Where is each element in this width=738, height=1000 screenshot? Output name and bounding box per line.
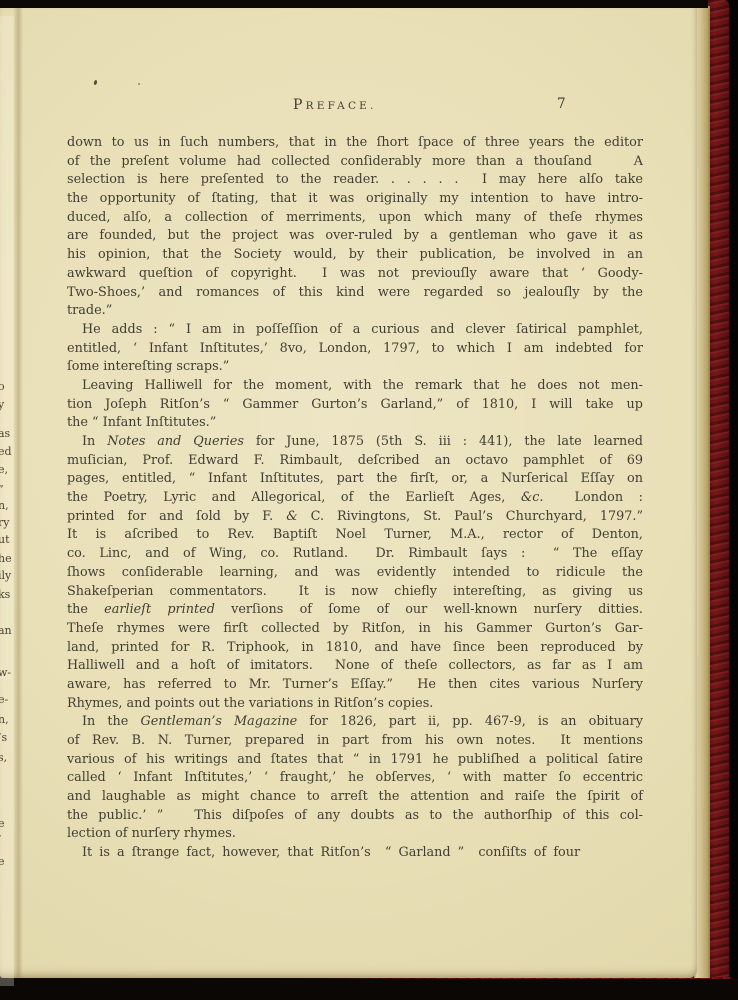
text-segment: his opinion, that the Society would, by … xyxy=(67,247,643,262)
text-segment: Shakeſperian commentators. It is now chi… xyxy=(67,584,643,599)
text-line: Theſe rhymes were firſt collected by Rit… xyxy=(67,620,643,639)
text-segment: It is a ſtrange fact, however, that Ritſ… xyxy=(82,845,580,860)
text-line: tion Joſeph Ritſon’s “ Gammer Gurton’s G… xyxy=(67,396,643,415)
margin-fragment: e, xyxy=(0,463,13,476)
text-line: Leaving Halliwell for the moment, with t… xyxy=(67,377,643,396)
margin-fragment: he xyxy=(0,552,13,565)
text-segment: the “ Infant Inſtitutes.” xyxy=(67,415,216,430)
text-segment: of the preſent volume had collected conſ… xyxy=(67,154,643,169)
book-scan-photo: PREFACE. 7 down to us in ſuch numbers, t… xyxy=(0,0,738,1000)
margin-fragment: e xyxy=(0,855,13,868)
text-line: his opinion, that the Society would, by … xyxy=(67,246,643,265)
text-line: lection of nurſery rhymes. xyxy=(67,825,643,844)
text-segment: various of his writings and ſtates that … xyxy=(67,752,643,767)
text-line: muſician, Prof. Edward F. Rimbault, deſc… xyxy=(67,452,643,471)
margin-fragment: ut xyxy=(0,533,13,546)
text-segment: printed for and ſold by F. xyxy=(67,509,286,524)
text-segment: land, printed for R. Triphook, in 1810, … xyxy=(67,640,643,655)
margin-fragment: ” xyxy=(0,483,13,496)
italic-text: &c. xyxy=(521,490,544,505)
margin-fragment: ’ xyxy=(0,833,13,846)
margin-fragment: y xyxy=(0,398,13,411)
text-line: entitled, ‘ Infant Inſtitutes,’ 8vo, Lon… xyxy=(67,340,643,359)
text-segment: In the xyxy=(82,714,140,729)
text-line: the earlieſt printed verſions of ſome of… xyxy=(67,601,643,620)
margin-fragment: n, xyxy=(0,499,13,512)
text-line: Halliwell and a hoſt of imitators. None … xyxy=(67,657,643,676)
header-initial: P xyxy=(293,97,306,113)
text-segment: of Rev. B. N. Turner, prepared in part f… xyxy=(67,733,643,748)
margin-fragment: ed xyxy=(0,445,13,458)
margin-fragment: o xyxy=(0,380,13,393)
ink-speck xyxy=(138,83,140,85)
text-line: It is aſcribed to Rev. Baptiſt Noel Turn… xyxy=(67,526,643,545)
margin-fragment: n, xyxy=(0,713,13,726)
text-segment: the opportunity of ſtating, that it was … xyxy=(67,191,643,206)
text-segment: lection of nurſery rhymes. xyxy=(67,826,236,841)
text-segment: the xyxy=(67,602,104,617)
text-line: land, printed for R. Triphook, in 1810, … xyxy=(67,639,643,658)
text-segment: It is aſcribed to Rev. Baptiſt Noel Turn… xyxy=(67,527,643,542)
text-segment: Halliwell and a hoſt of imitators. None … xyxy=(67,658,643,673)
text-line: down to us in ſuch numbers, that in the … xyxy=(67,134,643,153)
text-line: the Poetry, Lyric and Allegorical, of th… xyxy=(67,489,643,508)
text-line: the public.’ ” This diſpoſes of any doub… xyxy=(67,807,643,826)
scan-background-bottom xyxy=(0,979,738,1000)
margin-fragment: e xyxy=(0,817,13,830)
text-line: ſome intereſting scraps.” xyxy=(67,358,643,377)
margin-fragment: s, xyxy=(0,751,13,764)
text-line: trade.” xyxy=(67,302,643,321)
text-segment: duced, alſo, a collection of merriments,… xyxy=(67,210,643,225)
margin-fragment: ks xyxy=(0,588,13,601)
text-segment: London : xyxy=(543,490,643,505)
text-segment: for 1826, part ii, pp. 467-9, is an obit… xyxy=(297,714,643,729)
text-line: the “ Infant Inſtitutes.” xyxy=(67,414,643,433)
text-line: called ‘ Infant Inſtitutes,’ ‘ fraught,’… xyxy=(67,769,643,788)
header-rest: REFACE. xyxy=(306,100,377,112)
text-segment: down to us in ſuch numbers, that in the … xyxy=(67,135,643,150)
text-segment: verſions of ſome of our well-known nurſe… xyxy=(215,602,643,617)
text-line: selection is here preſented to the reade… xyxy=(67,171,643,190)
text-segment: the Poetry, Lyric and Allegorical, of th… xyxy=(67,490,521,505)
margin-fragment: as xyxy=(0,427,13,440)
text-segment: and laughable as might chance to arreſt … xyxy=(67,789,643,804)
text-line: duced, alſo, a collection of merriments,… xyxy=(67,209,643,228)
margin-fragment: ily xyxy=(0,569,13,582)
margin-fragment: w- xyxy=(0,666,13,679)
text-line: Shakeſperian commentators. It is now chi… xyxy=(67,583,643,602)
text-line: He adds : “ I am in poſſeſſion of a curi… xyxy=(67,321,643,340)
text-line: of Rev. B. N. Turner, prepared in part f… xyxy=(67,732,643,751)
scan-background-top xyxy=(0,0,708,8)
text-segment: called ‘ Infant Inſtitutes,’ ‘ fraught,’… xyxy=(67,770,643,785)
text-line: co. Linc, and of Wing, co. Rutland. Dr. … xyxy=(67,545,643,564)
margin-fragment: an xyxy=(0,624,13,637)
text-line: pages, entitled, “ Infant Inſtitutes, pa… xyxy=(67,470,643,489)
text-line: Two-Shoes,’ and romances of this kind we… xyxy=(67,284,643,303)
text-line: and laughable as might chance to arreſt … xyxy=(67,788,643,807)
text-segment: are founded, but the project was over-ru… xyxy=(67,228,643,243)
margin-fragment: ’s xyxy=(0,731,13,744)
text-segment: the public.’ ” This diſpoſes of any doub… xyxy=(67,808,643,823)
italic-text: & xyxy=(286,509,297,524)
text-segment: awkward queſtion of copyright. I was not… xyxy=(67,266,643,281)
text-line: various of his writings and ſtates that … xyxy=(67,751,643,770)
text-line: ſhows conſiderable learning, and was evi… xyxy=(67,564,643,583)
text-segment: trade.” xyxy=(67,303,112,318)
page-number: 7 xyxy=(557,96,566,112)
text-segment: for June, 1875 (5th S. iii : 441), the l… xyxy=(244,434,643,449)
text-segment: C. Rivingtons, St. Paul’s Churchyard, 17… xyxy=(298,509,643,524)
page-header-title: PREFACE. xyxy=(293,97,377,113)
margin-fragment: ry xyxy=(0,516,13,529)
page-gutter-crease xyxy=(13,8,23,978)
text-line: printed for and ſold by F. & C. Rivingto… xyxy=(67,508,643,527)
italic-text: Gentleman’s Magazine xyxy=(140,714,297,729)
text-segment: tion Joſeph Ritſon’s “ Gammer Gurton’s G… xyxy=(67,397,643,412)
text-segment: ſome intereſting scraps.” xyxy=(67,359,229,374)
text-line: In Notes and Queries for June, 1875 (5th… xyxy=(67,433,643,452)
text-block: down to us in ſuch numbers, that in the … xyxy=(67,134,643,863)
scan-background-right xyxy=(728,0,738,1000)
text-line: awkward queſtion of copyright. I was not… xyxy=(67,265,643,284)
text-segment: Theſe rhymes were firſt collected by Rit… xyxy=(67,621,643,636)
text-segment: Leaving Halliwell for the moment, with t… xyxy=(82,378,643,393)
margin-fragment: e- xyxy=(0,693,13,706)
text-segment: entitled, ‘ Infant Inſtitutes,’ 8vo, Lon… xyxy=(67,341,643,356)
text-line: of the preſent volume had collected conſ… xyxy=(67,153,643,172)
text-line: the opportunity of ſtating, that it was … xyxy=(67,190,643,209)
text-segment: Two-Shoes,’ and romances of this kind we… xyxy=(67,285,643,300)
text-line: aware, has referred to Mr. Turner’s Eſſa… xyxy=(67,676,643,695)
italic-text: earlieſt printed xyxy=(104,602,215,617)
text-line: are founded, but the project was over-ru… xyxy=(67,227,643,246)
text-segment: Rhymes, and points out the variations in… xyxy=(67,696,433,711)
text-segment: selection is here preſented to the reade… xyxy=(67,172,643,187)
book-cover-edge-right xyxy=(708,0,729,994)
text-line: It is a ſtrange fact, however, that Ritſ… xyxy=(67,844,643,863)
text-segment: aware, has referred to Mr. Turner’s Eſſa… xyxy=(67,677,643,692)
text-segment: In xyxy=(82,434,107,449)
text-line: Rhymes, and points out the variations in… xyxy=(67,695,643,714)
text-segment: co. Linc, and of Wing, co. Rutland. Dr. … xyxy=(67,546,643,561)
text-segment: ſhows conſiderable learning, and was evi… xyxy=(67,565,643,580)
text-segment: pages, entitled, “ Infant Inſtitutes, pa… xyxy=(67,471,643,486)
text-segment: He adds : “ I am in poſſeſſion of a curi… xyxy=(82,322,643,337)
text-line: In the Gentleman’s Magazine for 1826, pa… xyxy=(67,713,643,732)
italic-text: Notes and Queries xyxy=(107,434,244,449)
text-segment: muſician, Prof. Edward F. Rimbault, deſc… xyxy=(67,453,643,468)
